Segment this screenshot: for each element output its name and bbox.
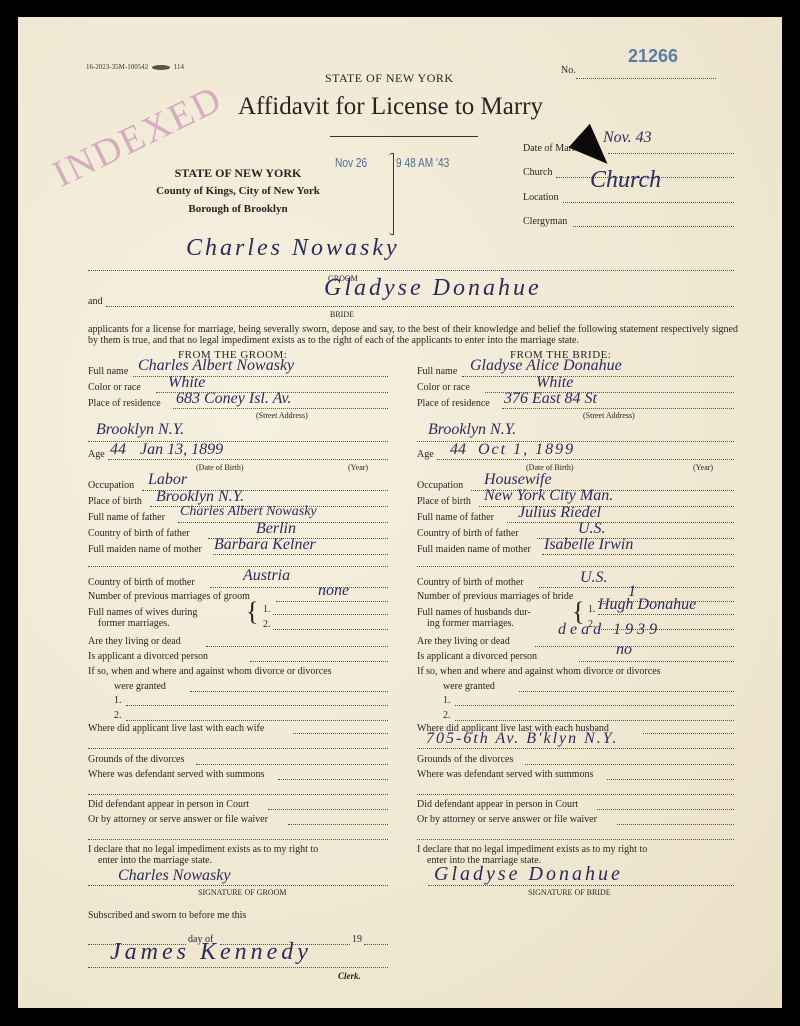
groom-city-line — [88, 441, 388, 442]
groom-occupation: Labor — [148, 471, 187, 489]
groom-brace: { — [246, 601, 258, 623]
bride-prev-marriages-label: Number of previous marriages of bride — [417, 591, 573, 602]
number-label: No. — [561, 65, 576, 76]
bride-summons-label: Where was defendant served with summons — [417, 769, 593, 780]
bride-living-dead-label: Are they living or dead — [417, 636, 510, 647]
license-number: 21266 — [628, 46, 678, 67]
groom-divorce-1-num: 1. — [114, 695, 122, 706]
clerk-label: Clerk. — [338, 971, 361, 981]
bride-occupation-label: Occupation — [417, 480, 463, 491]
groom-color-label: Color or race — [88, 382, 141, 393]
groom-divorce-1-line — [126, 705, 388, 706]
groom-line — [88, 270, 734, 271]
bride-name: Gladyse Donahue — [324, 275, 542, 302]
groom-divorce-2-num: 2. — [114, 710, 122, 721]
bride-appear-line — [597, 809, 734, 810]
jurisdiction-county: County of Kings, City of New York — [98, 185, 378, 197]
groom-summons-line-2 — [88, 794, 388, 795]
bride-former-spouse-1-num: 1. — [588, 604, 596, 615]
bride-father-label: Full name of father — [417, 512, 494, 523]
bride-full-name-line — [462, 376, 734, 377]
groom-prev-marriages-label: Number of previous marriages of groom — [88, 591, 250, 602]
bride-former-spouses-label-1: Full names of husbands dur- — [417, 607, 531, 618]
bride-street-caption: (Street Address) — [583, 411, 635, 420]
bride-father-line — [507, 522, 734, 523]
clerk-signature: James Kennedy — [110, 939, 312, 966]
bride-divorce-where-label: If so, when and where and against whom d… — [417, 666, 661, 677]
jurisdiction-state: STATE OF NEW YORK — [118, 166, 358, 181]
stamp-bracket — [389, 153, 394, 235]
groom-declare-1: I declare that no legal impediment exist… — [88, 844, 318, 855]
bride-granted-label: were granted — [443, 681, 495, 692]
bride-divorced-line — [579, 661, 734, 662]
marriage-date-line — [608, 153, 734, 154]
groom-full-name: Charles Albert Nowasky — [138, 357, 294, 375]
bride-lived-last-line — [643, 733, 734, 734]
bride-mother: Isabelle Irwin — [544, 536, 633, 554]
page-title: Affidavit for License to Marry — [238, 93, 543, 121]
bride-residence-label: Place of residence — [417, 398, 490, 409]
groom-residence-city: Brooklyn N.Y. — [96, 421, 184, 439]
year-line — [364, 944, 388, 945]
number-line — [576, 69, 716, 79]
bride-mother-country: U.S. — [580, 569, 608, 587]
groom-divorced-line — [250, 661, 388, 662]
bride-residence-city: Brooklyn N.Y. — [428, 421, 516, 439]
groom-declare-2: enter into the marriage state. — [98, 855, 212, 866]
bride-summons-line-2 — [417, 794, 734, 795]
received-date-stamp: Nov 26 — [335, 155, 367, 170]
groom-divorce-where-label: If so, when and where and against whom d… — [88, 666, 332, 677]
groom-divorce-2-line — [126, 720, 388, 721]
groom-appear-label: Did defendant appear in person in Court — [88, 799, 249, 810]
groom-father-label: Full name of father — [88, 512, 165, 523]
bride-former-spouse-1: Hugh Donahue — [598, 596, 696, 614]
bride-father-country-label: Country of birth of father — [417, 528, 519, 539]
bride-residence-street: 376 East 84 St — [504, 390, 597, 408]
bride-declare-1: I declare that no legal impediment exist… — [417, 844, 647, 855]
groom-prev-marriages-line — [276, 601, 388, 602]
bride-attorney-line — [617, 824, 734, 825]
groom-mother: Barbara Kelner — [214, 536, 316, 554]
bride-living-dead-line — [535, 646, 734, 647]
groom-age-line — [108, 459, 388, 460]
bride-divorce-1-line — [455, 705, 734, 706]
bride-divorce-2-line — [455, 720, 734, 721]
groom-age-label: Age — [88, 449, 105, 460]
groom-former-spouses-label-2: former marriages. — [98, 618, 170, 629]
groom-lived-last-label: Where did applicant live last with each … — [88, 723, 264, 734]
groom-mother-label: Full maiden name of mother — [88, 544, 202, 555]
bride-year-caption: (Year) — [693, 463, 713, 472]
groom-mother-country-label: Country of birth of mother — [88, 577, 195, 588]
groom-mother-country-line — [210, 587, 388, 588]
groom-former-spouses-label-1: Full names of wives during — [88, 607, 197, 618]
bride-brace: { — [572, 601, 584, 623]
church-label: Church — [523, 167, 552, 178]
bride-divorce-1-num: 1. — [443, 695, 451, 706]
groom-occupation-label: Occupation — [88, 480, 134, 491]
groom-living-dead-label: Are they living or dead — [88, 636, 181, 647]
bride-former-spouses-label-2: ing former marriages. — [427, 618, 514, 629]
bride-age-line — [437, 459, 734, 460]
groom-full-name-label: Full name — [88, 366, 128, 377]
groom-summons-label: Where was defendant served with summons — [88, 769, 264, 780]
jurisdiction-borough: Borough of Brooklyn — [118, 203, 358, 215]
bride-mother-line-2 — [417, 566, 734, 567]
groom-former-spouse-1-num: 1. — [263, 604, 271, 615]
groom-grounds-line — [196, 764, 388, 765]
bride-signature: Gladyse Donahue — [434, 863, 623, 886]
groom-prev-marriages: none — [318, 582, 349, 600]
groom-residence-street: 683 Coney Isl. Av. — [176, 390, 291, 408]
bride-attorney-line-2 — [417, 839, 734, 840]
declaration-paragraph: applicants for a license for marriage, b… — [88, 324, 738, 346]
groom-mother-line-2 — [88, 566, 388, 567]
groom-dob-caption: (Date of Birth) — [196, 463, 244, 472]
groom-attorney-label: Or by attorney or serve answer or file w… — [88, 814, 268, 825]
groom-name: Charles Nowasky — [186, 235, 400, 262]
bride-mother-country-line — [539, 587, 734, 588]
title-divider — [330, 136, 478, 137]
groom-living-dead-line — [206, 646, 388, 647]
groom-age: 44 — [110, 441, 126, 459]
bride-living-dead: dead 1939 — [558, 621, 661, 639]
bride-attorney-label: Or by attorney or serve answer or file w… — [417, 814, 597, 825]
bride-mother-country-label: Country of birth of mother — [417, 577, 524, 588]
bride-color-label: Color or race — [417, 382, 470, 393]
groom-lived-last-line-2 — [88, 748, 388, 749]
location-line — [563, 202, 734, 203]
groom-father-country-label: Country of birth of father — [88, 528, 190, 539]
bride-grounds-line — [525, 764, 734, 765]
bride-residence-line — [502, 408, 734, 409]
bride-full-name-label: Full name — [417, 366, 457, 377]
groom-residence-line — [173, 408, 388, 409]
subscribed-label: Subscribed and sworn to before me this — [88, 910, 246, 921]
bride-mother-label: Full maiden name of mother — [417, 544, 531, 555]
groom-summons-line — [278, 779, 388, 780]
bride-signature-caption: SIGNATURE OF BRIDE — [528, 888, 611, 897]
bride-divorced: no — [616, 641, 632, 659]
groom-signature-line — [88, 885, 388, 886]
bride-birthplace-label: Place of birth — [417, 496, 471, 507]
groom-former-spouse-1-line — [273, 614, 388, 615]
form-code: 16-2023-35M-100542 114 — [86, 63, 184, 71]
groom-former-spouse-2-line — [273, 629, 388, 630]
location-label: Location — [523, 192, 559, 203]
affidavit-document: 16-2023-35M-100542 114 INDEXED STATE OF … — [18, 17, 782, 1008]
groom-dob: Jan 13, 1899 — [140, 441, 223, 459]
bride-line — [106, 306, 734, 307]
groom-appear-line — [268, 809, 388, 810]
groom-mother-line — [213, 554, 388, 555]
bride-divorced-label: Is applicant a divorced person — [417, 651, 537, 662]
groom-granted-line — [190, 691, 388, 692]
groom-granted-label: were granted — [114, 681, 166, 692]
bride-divorce-2-num: 2. — [443, 710, 451, 721]
church-value: Church — [590, 167, 661, 194]
year-prefix: 19 — [352, 934, 362, 945]
bride-former-spouse-1-line — [598, 614, 734, 615]
groom-signature-caption: SIGNATURE OF GROOM — [198, 888, 286, 897]
groom-year-caption: (Year) — [348, 463, 368, 472]
groom-residence-label: Place of residence — [88, 398, 161, 409]
received-time-stamp: 9 48 AM '43 — [396, 155, 449, 170]
seal-icon — [152, 65, 170, 70]
groom-divorced-label: Is applicant a divorced person — [88, 651, 208, 662]
groom-grounds-label: Grounds of the divorces — [88, 754, 184, 765]
bride-caption: BRIDE — [330, 310, 354, 319]
bride-birthplace: New York City Man. — [484, 487, 613, 505]
bride-mother-line — [542, 554, 734, 555]
and-label: and — [88, 296, 102, 307]
bride-lived-last-line-2 — [417, 748, 734, 749]
clergyman-label: Clergyman — [523, 216, 567, 227]
groom-birthplace-label: Place of birth — [88, 496, 142, 507]
clergyman-line — [573, 226, 734, 227]
groom-attorney-line-2 — [88, 839, 388, 840]
state-heading: STATE OF NEW YORK — [325, 71, 454, 86]
bride-dob: Oct 1, 1899 — [478, 441, 575, 459]
groom-lived-last-line — [293, 733, 388, 734]
groom-former-spouse-2-num: 2. — [263, 619, 271, 630]
bride-full-name: Gladyse Alice Donahue — [470, 357, 622, 375]
groom-father: Charles Albert Nowasky — [180, 504, 317, 520]
bride-age-label: Age — [417, 449, 434, 460]
bride-granted-line — [519, 691, 734, 692]
groom-signature: Charles Nowasky — [118, 867, 230, 885]
bride-lived-last: 705-6th Av. B'klyn N.Y. — [426, 730, 618, 748]
bride-age: 44 — [450, 441, 466, 459]
groom-street-caption: (Street Address) — [256, 411, 308, 420]
bride-grounds-label: Grounds of the divorces — [417, 754, 513, 765]
bride-appear-label: Did defendant appear in person in Court — [417, 799, 578, 810]
clerk-signature-line — [88, 967, 388, 968]
groom-attorney-line — [288, 824, 388, 825]
groom-mother-country: Austria — [243, 567, 290, 585]
bride-summons-line — [607, 779, 734, 780]
